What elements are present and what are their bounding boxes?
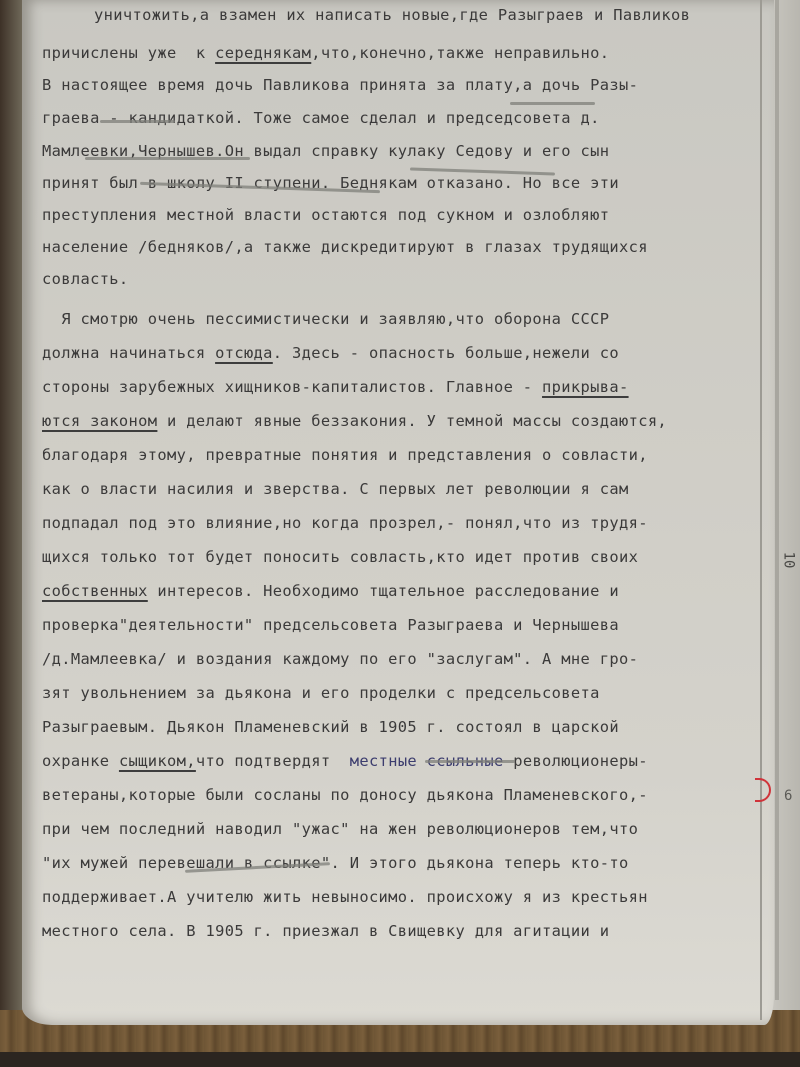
pencil-mark [100,120,175,123]
handwritten-mark: 6 [784,788,792,804]
text-line: уничтожить,а взамен их написать новые,гд… [94,2,690,28]
text-line: Разыграевым. Дьякон Пламеневский в 1905 … [42,714,619,740]
text-line: стороны зарубежных хищников-капиталистов… [42,374,629,400]
text-line: щихся только тот будет поносить совласть… [42,544,638,570]
text-line: В настоящее время дочь Павликова принята… [42,72,638,98]
text-line: Я смотрю очень пессимистически и заявляю… [42,306,609,332]
underlined-phrase: прикрыва- [542,378,629,396]
page-number: 10 [780,552,796,569]
text-line: ются законом и делают явные беззакония. … [42,408,667,434]
pencil-mark [425,760,515,763]
text-line: Мамлеевки,Чернышев.Он выдал справку кула… [42,138,609,164]
page-fold [760,0,762,1020]
underlined-phrase: собственных [42,582,148,600]
underlying-page-edge [775,0,779,1000]
text-line: охранке сыщиком,что подтвердят местные с… [42,748,648,774]
text-line: проверка"деятельности" предсельсовета Ра… [42,612,619,638]
underlined-phrase: середнякам [215,44,311,62]
text-line: /д.Мамлеевка/ и воздания каждому по его … [42,646,638,672]
pencil-mark [85,157,250,160]
text-line: при чем последний наводил "ужас" на жен … [42,816,638,842]
text-line: причислены уже к середнякам,что,конечно,… [42,40,609,66]
text-line: совласть. [42,266,129,292]
text-line: зят увольнением за дьякона и его проделк… [42,680,600,706]
text-line: ветераны,которые были сосланы по доносу … [42,782,648,808]
text-line: подпадал под это влияние,но когда прозре… [42,510,648,536]
text-line: население /бедняков/,а также дискредитир… [42,234,648,260]
text-line: благодаря этому, превратные понятия и пр… [42,442,648,468]
text-line: местного села. В 1905 г. приезжал в Свищ… [42,918,609,944]
underlined-phrase: отсюда [215,344,273,362]
text-line: преступления местной власти остаются под… [42,202,609,228]
text-line: поддерживает.А учителю жить невыносимо. … [42,884,648,910]
underlined-phrase: сыщиком, [119,752,196,770]
text-line: должна начинаться отсюда. Здесь - опасно… [42,340,619,366]
pencil-mark [510,102,595,105]
text-line: "их мужей перевешали в ссылке". И этого … [42,850,629,876]
underlined-phrase: ются законом [42,412,157,430]
text-line: собственных интересов. Необходимо тщател… [42,578,619,604]
table-edge [0,1052,800,1067]
text-line: как о власти насилия и зверства. С первы… [42,476,629,502]
text-line: граева - кандидаткой. Тоже самое сделал … [42,105,600,131]
